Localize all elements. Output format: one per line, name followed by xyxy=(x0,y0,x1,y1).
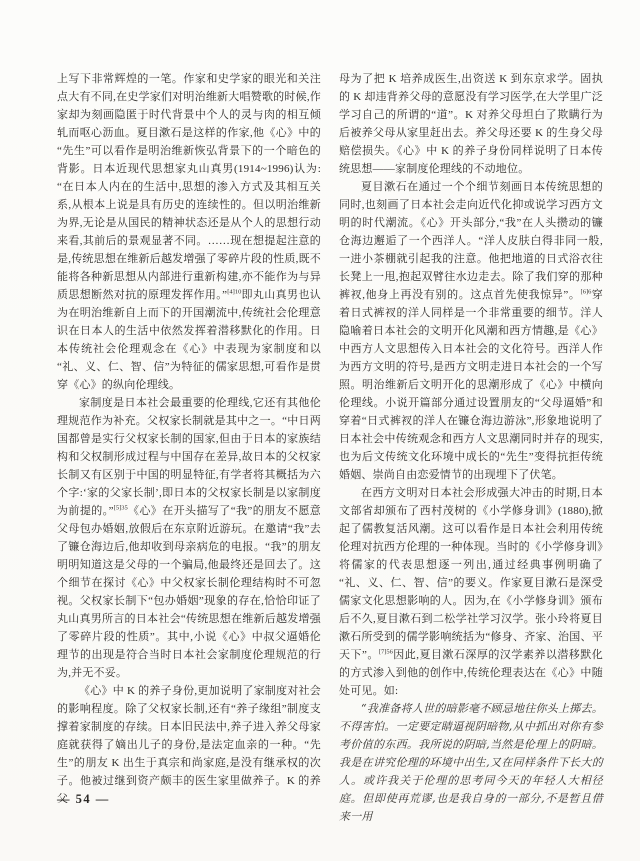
body-text: 穿着日式裤衩的洋人同样是一个非常重要的细节。洋人隐喻着日本社会的文明开化风潮和西… xyxy=(339,289,603,481)
block-quote: “我准备将人世的暗影毫不顾忌地往你头上掷去。不得害怕。一定要定睛逼视阴暗物,从中… xyxy=(339,700,603,826)
left-column: 上写下非常辉煌的一笔。作家和史学家的眼光和关注点大有不同,在史学家们对明治维新大… xyxy=(57,70,321,808)
paragraph-continuation: 母为了把 K 培养成医生,出资送 K 到东京求学。固执的 K 却违背养父母的意愿… xyxy=(339,70,603,178)
body-text: 《心》在开头描写了“我”的朋友不愿意父母包办婚姻,放假后在东京附近游玩。在邀请“… xyxy=(57,505,321,679)
body-text: 夏目漱石在通过一个个细节刻画日本传统思想的同时,也刻画了日本社会走向近代化抑或说… xyxy=(339,181,603,301)
body-text: 《心》中 K 的养子身份,更加说明了家制度对社会的影响程度。除了父权家长制,还有… xyxy=(57,685,321,805)
body-text: 母为了把 K 培养成医生,出资送 K 到东京求学。固执的 K 却违背养父母的意愿… xyxy=(339,73,603,175)
body-text: 在西方文明对日本社会形成强大冲击的时期,日本文部省却颁布了西村茂树的《小学修身训… xyxy=(339,487,603,661)
quote-text: “我准备将人世的暗影毫不顾忌地往你头上掷去。不得害怕。一定要定睛逼视阴暗物,从中… xyxy=(339,702,603,823)
paragraph: 夏目漱石在通过一个个细节刻画日本传统思想的同时,也刻画了日本社会走向近代化抑或说… xyxy=(339,178,603,484)
paragraph-continuation: 上写下非常辉煌的一笔。作家和史学家的眼光和关注点大有不同,在史学家们对明治维新大… xyxy=(57,70,321,394)
body-text: 家制度是日本社会最重要的伦理线,它还有其他伦理规范作为补充。父权家长制就是其中之… xyxy=(57,397,321,517)
citation-marker: [5]35 xyxy=(114,504,128,511)
paragraph: 《心》中 K 的养子身份,更加说明了家制度对社会的影响程度。除了父权家长制,还有… xyxy=(57,682,321,808)
page-number: — 54 — xyxy=(57,792,110,807)
body-text: 上写下非常辉煌的一笔。作家和史学家的眼光和关注点大有不同,在史学家们对明治维新大… xyxy=(57,73,321,301)
body-text: 即丸山真男也认为在明治维新自上而下的开国潮流中,传统社会伦理意识在日本人的生活中… xyxy=(57,289,321,391)
paragraph: 在西方文明对日本社会形成强大冲击的时期,日本文部省却颁布了西村茂树的《小学修身训… xyxy=(339,484,603,700)
paper-page: 上写下非常辉煌的一笔。作家和史学家的眼光和关注点大有不同,在史学家们对明治维新大… xyxy=(0,0,640,861)
citation-marker: [4]10 xyxy=(227,288,241,295)
citation-marker: [6]6 xyxy=(581,288,592,295)
citation-marker: [7]56 xyxy=(379,648,393,655)
paragraph: 家制度是日本社会最重要的伦理线,它还有其他伦理规范作为补充。父权家长制就是其中之… xyxy=(57,394,321,682)
right-column: 母为了把 K 培养成医生,出资送 K 到东京求学。固执的 K 却违背养父母的意愿… xyxy=(339,70,603,826)
